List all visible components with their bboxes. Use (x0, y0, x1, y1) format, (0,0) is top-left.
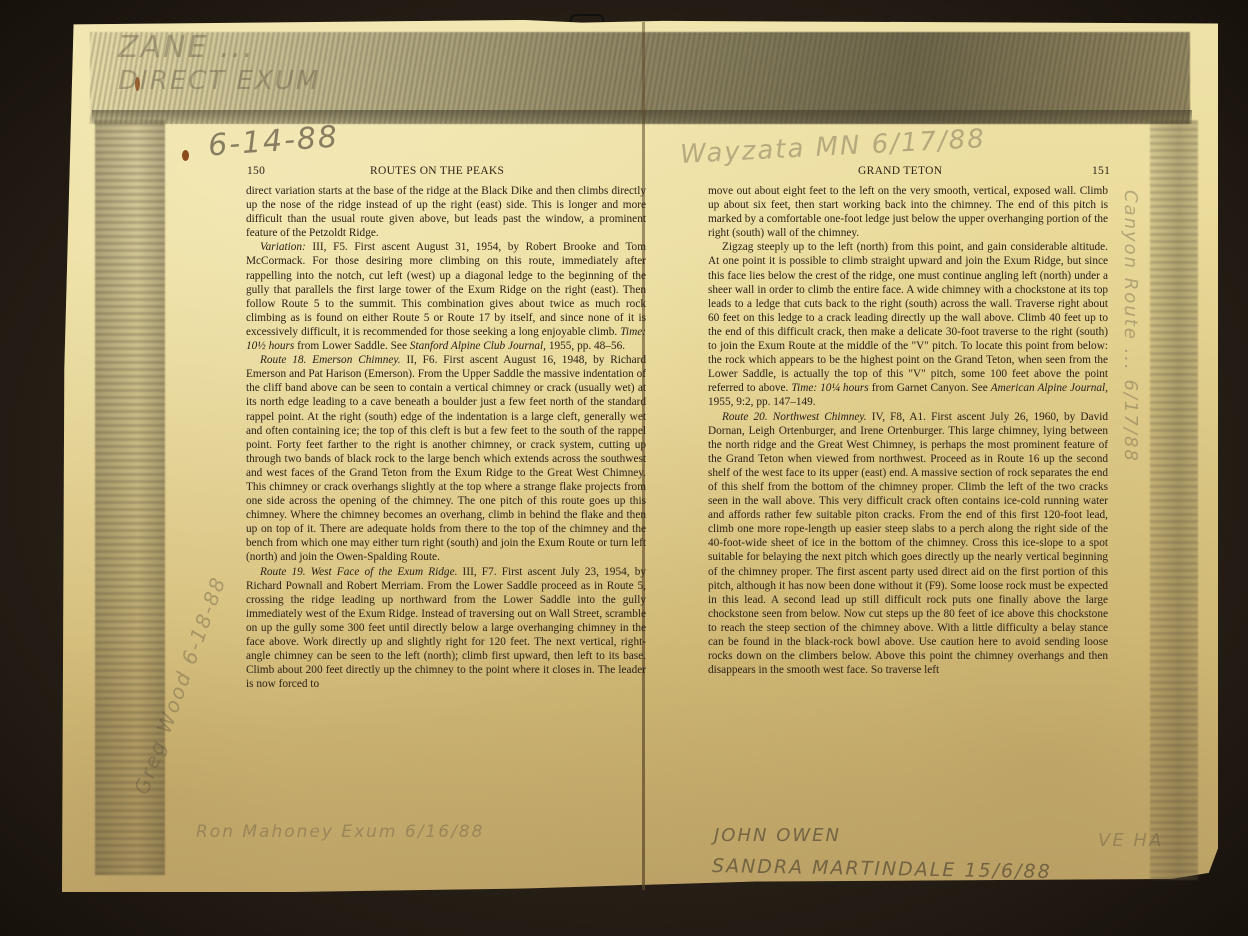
paragraph: Route 18. Emerson Chimney. II, F6. First… (246, 353, 646, 564)
paragraph: Route 19. West Face of the Exum Ridge. I… (246, 565, 646, 692)
page-number-right: 151 (1092, 165, 1110, 177)
route-heading: Route 19. West Face of the Exum Ridge. (260, 566, 457, 578)
rust-stain (182, 150, 189, 161)
left-page-body: direct variation starts at the base of t… (246, 184, 646, 691)
handwritten-note-top-2: DIRECT EXUM (118, 66, 320, 96)
paragraph: Zigzag steeply up to the left (north) fr… (708, 240, 1108, 409)
page-number-left: 150 (247, 165, 265, 177)
variation-heading: Variation: (260, 241, 306, 253)
paragraph: direct variation starts at the base of t… (246, 184, 646, 240)
route-heading: Route 20. Northwest Chimney. (722, 411, 867, 423)
photocopy-edge-right (1150, 120, 1198, 880)
right-page-body: move out about eight feet to the left on… (708, 184, 1108, 677)
paragraph: Route 20. Northwest Chimney. IV, F8, A1.… (708, 410, 1108, 678)
handwritten-note-top: ZANE ... (118, 30, 255, 65)
paragraph: move out about eight feet to the left on… (708, 184, 1108, 240)
route-heading: Route 18. Emerson Chimney. (260, 354, 401, 366)
handwritten-signature-left: Ron Mahoney Exum 6/16/88 (196, 822, 484, 842)
running-head-left: ROUTES ON THE PEAKS (370, 165, 504, 177)
running-head-right: GRAND TETON (858, 165, 942, 177)
handwritten-margin-note-right: Canyon Route ... 6/17/88 (1120, 190, 1141, 463)
paragraph: Variation: III, F5. First ascent August … (246, 240, 646, 353)
handwritten-signature-right-1: JOHN OWEN (714, 825, 841, 846)
handwritten-note-corner: VE HA (1098, 830, 1163, 851)
